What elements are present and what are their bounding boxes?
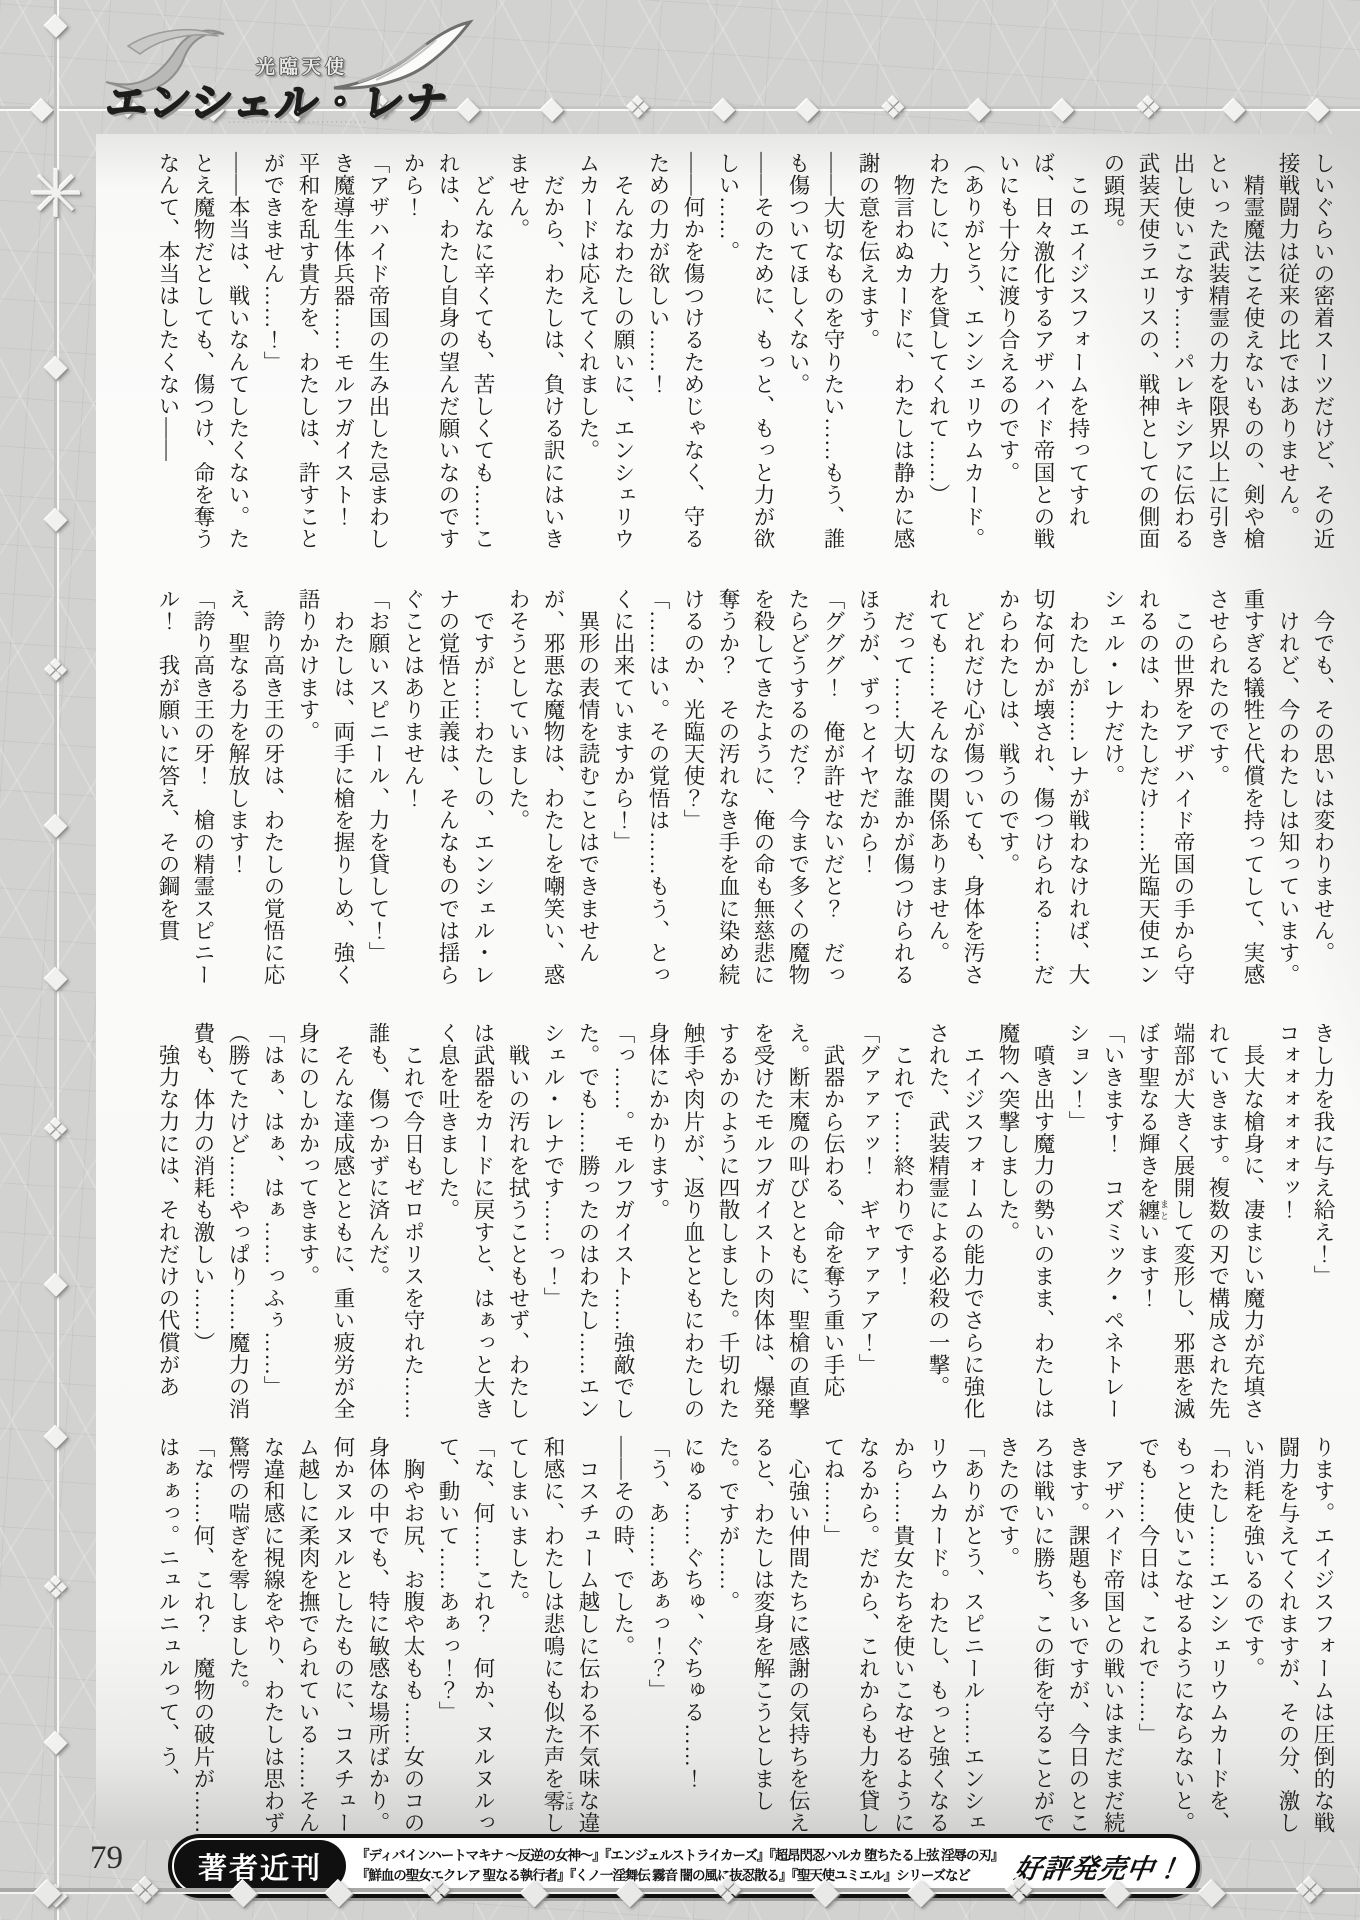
paragraph: ――そのために、もっと、もっと力が欲しい……。 bbox=[710, 152, 780, 550]
paragraph: どんなに辛くても、苦しくても……これは、わたし自身の望んだ願いなのですから！ bbox=[395, 152, 500, 550]
paragraph: 異形の表情を読むことはできませんが、邪悪な魔物は、わたしを嘲笑い、惑わそうとして… bbox=[500, 588, 605, 986]
diamond-ornament-icon: ◆ bbox=[325, 1873, 353, 1909]
diamond-ornament-icon: ❖ bbox=[1003, 1873, 1035, 1909]
paragraph: きし力を我に与え給え！」 bbox=[1305, 1022, 1340, 1420]
diamond-ornament-icon: ❖ bbox=[421, 1873, 453, 1909]
diamond-ornament-icon: ◆ bbox=[1223, 94, 1246, 124]
diamond-ornament-icon: ◆ bbox=[796, 94, 819, 124]
paragraph: この世界をアザハイド帝国の手から守れるのは、わたしだけ……光臨天使エンシェル・レ… bbox=[1095, 588, 1200, 986]
diamond-ornament-icon: ❖ bbox=[43, 1116, 70, 1146]
novel-page: ◆❖◆◆❖◆◆❖◆◆❖◆◆❖◆◆ ◆✳◆◆❖◆◆❖◆◆❖◆◆ 光臨天使 エンシェ… bbox=[0, 0, 1360, 1920]
paragraph: 噴き出す魔力の勢いのまま、わたしは魔物へ突撃しました。 bbox=[990, 1022, 1060, 1420]
paragraph: 「な……何、これ？ 魔物の破片が……はぁぁっ。ニュルニュルって、う、 bbox=[150, 1436, 220, 1834]
text-band-3: きし力を我に与え給え！」コォォォォォォッ！ 長大な槍身に、凄まじい魔力が充填され… bbox=[98, 1022, 1340, 1420]
diamond-ornament-icon: ❖ bbox=[1294, 1873, 1326, 1909]
paragraph: わたしは、両手に槍を握りしめ、強く語りかけます。 bbox=[290, 588, 360, 986]
paragraph: 「誇り高き王の牙！ 槍の精霊スピニール！ 我が願いに答え、その鋼を貫 bbox=[150, 588, 220, 986]
text-band-4: ります。エイジスフォームは圧倒的な戦闘力を与えてくれますが、その分、激しい消耗を… bbox=[98, 1436, 1340, 1834]
paragraph: だから、わたしは、負ける訳にはいきません。 bbox=[500, 152, 570, 550]
paragraph: しいぐらいの密着スーツだけど、その近接戦闘力は従来の比ではありません。 bbox=[1270, 152, 1340, 550]
diamond-ornament-icon: ◆ bbox=[967, 94, 990, 124]
paragraph: 「っ……。モルフガイスト……強敵でした。でも……勝ったのはわたし……エンシェル・… bbox=[535, 1022, 640, 1420]
paragraph: （ありがとう、エンシェリウムカード。わたしに、力を貸してくれて……） bbox=[920, 152, 990, 550]
paragraph: 「わたし……エンシェリウムカードを、もっと使いこなせるようにならないと。でも……… bbox=[1130, 1436, 1235, 1834]
paragraph: 戦いの汚れを拭うこともせず、わたしは武器をカードに戻すと、はぁっと大きく息を吐き… bbox=[430, 1022, 535, 1420]
paragraph: 今でも、その思いは変わりません。 bbox=[1305, 588, 1340, 986]
diamond-ornament-icon: ◆ bbox=[521, 1873, 549, 1909]
paragraph: 「お願いスピニール、力を貸して！」 bbox=[360, 588, 395, 986]
paragraph: けれど、今のわたしは知っています。重すぎる犠牲と代償を持ってして、実感させられた… bbox=[1200, 588, 1305, 986]
paragraph: そんなわたしの願いに、エンシェリウムカードは応えてくれました。 bbox=[570, 152, 640, 550]
diamond-ornament-icon: ❖ bbox=[625, 94, 652, 124]
paragraph: アザハイド帝国との戦いはまだまだ続きます。課題も多いですが、今日のところは戦いに… bbox=[990, 1436, 1130, 1834]
diamond-ornament-icon: ◆ bbox=[44, 10, 67, 40]
diamond-ornament-icon: ❖ bbox=[880, 94, 907, 124]
paragraph: （勝てたけど……やっぱり……魔力の消費も、体力の消耗も激しい……） bbox=[185, 1022, 255, 1420]
diamond-ornament-icon: ◆ bbox=[44, 1269, 67, 1299]
diamond-ornament-icon: ◆ bbox=[1198, 1873, 1226, 1909]
paragraph: ――本当は、戦いなんてしたくない。たとえ魔物だとしても、傷つけ、命を奪うなんて、… bbox=[150, 152, 255, 550]
paragraph: これで……終わりです！ bbox=[885, 1022, 920, 1420]
paragraph: エイジスフォームの能力でさらに強化された、武装精霊による必殺の一撃。 bbox=[920, 1022, 990, 1420]
ornament-border-bottom: ◆❖◆◆❖◆◆❖◆◆❖◆◆❖ bbox=[0, 1862, 1360, 1920]
paragraph: 「グググ！ 俺が許せないだと？ だったらどうするのだ？ 今まで多くの魔物を殺して… bbox=[675, 588, 850, 986]
diamond-ornament-icon: ◆ bbox=[712, 94, 735, 124]
paragraph: ですが……わたしの、エンシェル・レナの覚悟と正義は、そんなものでは揺らぐことはあ… bbox=[395, 588, 500, 986]
paragraph: 誇り高き王の牙は、わたしの覚悟に応え、聖なる力を解放します！ bbox=[220, 588, 290, 986]
diamond-ornament-icon: ◆ bbox=[230, 1873, 258, 1909]
paragraph: 精霊魔法こそ使えないものの、剣や槍といった武装精霊の力を限界以上に引き出し使いこ… bbox=[1095, 152, 1270, 550]
paragraph: 物言わぬカードに、わたしは静かに感謝の意を伝えます。 bbox=[850, 152, 920, 550]
diamond-ornament-icon: ◆ bbox=[44, 352, 67, 382]
text-band-1: しいぐらいの密着スーツだけど、その近接戦闘力は従来の比ではありません。 精霊魔法… bbox=[98, 152, 1340, 550]
diamond-ornament-icon: ◆ bbox=[907, 1873, 935, 1909]
paragraph: 長大な槍身に、凄まじい魔力が充填されていきます。複数の刃で構成された先端部が大き… bbox=[1130, 1022, 1270, 1420]
diamond-ornament-icon: ◆ bbox=[1103, 1873, 1131, 1909]
diamond-ornament-icon: ◆ bbox=[1306, 94, 1329, 124]
diamond-ornament-icon: ◆ bbox=[44, 1421, 67, 1451]
diamond-ornament-icon: ❖ bbox=[712, 1873, 744, 1909]
diamond-ornament-icon: ❖ bbox=[43, 1574, 70, 1604]
paragraph: 「う、あ……あぁっ！？」 bbox=[640, 1436, 675, 1834]
paragraph: にゅる……ぐちゅ、ぐちゅる……！ bbox=[675, 1436, 710, 1834]
diamond-ornament-icon: ◆ bbox=[44, 1727, 67, 1757]
diamond-ornament-icon: ❖ bbox=[129, 1873, 161, 1909]
paragraph: ――大切なものを守りたい……もう、誰も傷ついてほしくない。 bbox=[780, 152, 850, 550]
series-logo: 光臨天使 エンシェル・レナ ··························… bbox=[98, 18, 488, 122]
paragraph: ります。エイジスフォームは圧倒的な戦闘力を与えてくれますが、その分、激しい消耗を… bbox=[1235, 1436, 1340, 1834]
diamond-ornament-icon: ◆ bbox=[616, 1873, 644, 1909]
paragraph: コスチューム越しに伝わる不気味な違和感に、わたしは悲鳴にも似た声を零こぼしてしま… bbox=[500, 1436, 605, 1834]
ornament-border-left: ◆✳◆◆❖◆◆❖◆◆❖◆◆ bbox=[16, 0, 96, 1920]
paragraph: 「ありがとう、スピニール……エンシェリウムカード。わたし、もっと強くなるから……… bbox=[815, 1436, 990, 1834]
text-band-2: 今でも、その思いは変わりません。 けれど、今のわたしは知っています。重すぎる犠牲… bbox=[98, 588, 1340, 986]
paragraph: 「いきます！ コズミック・ペネトレーション！」 bbox=[1060, 1022, 1130, 1420]
diamond-ornament-icon: ◆ bbox=[44, 810, 67, 840]
paragraph: コォォォォォォッ！ bbox=[1270, 1022, 1305, 1420]
diamond-ornament-icon: ❖ bbox=[43, 657, 70, 687]
paragraph: そんな達成感とともに、重い疲労が全身にのしかかってきます。 bbox=[290, 1022, 360, 1420]
paragraph: わたしが……レナが戦わなければ、大切な何かが壊され、傷つけられる……だからわたし… bbox=[990, 588, 1095, 986]
paragraph: 武器から伝わる、命を奪う重い手応え。断末魔の叫びとともに、聖槍の直撃を受けたモル… bbox=[640, 1022, 850, 1420]
diamond-ornament-icon: ❖ bbox=[1135, 94, 1162, 124]
paragraph: 「はぁ、はぁ、はぁ……っふぅ……」 bbox=[255, 1022, 290, 1420]
paragraph: これで今日もゼロポリスを守れた……誰も、傷つかずに済んだ。 bbox=[360, 1022, 430, 1420]
paragraph: 「アザハイド帝国の生み出した忌まわしき魔導生体兵器……モルフガイスト！ 平和を乱… bbox=[255, 152, 395, 550]
paragraph: ――何かを傷つけるためじゃなく、守るための力が欲しい……！ bbox=[640, 152, 710, 550]
paragraph: 「な、何……これ？ 何か、ヌルヌルって、動いて……あぁっ！？」 bbox=[430, 1436, 500, 1834]
paragraph: 「……はい。その覚悟は……もう、とっくに出来ていますから！」 bbox=[605, 588, 675, 986]
paragraph: このエイジスフォームを持ってすれば、日々激化するアザハイド帝国との戦いにも十分に… bbox=[990, 152, 1095, 550]
paragraph: だって……大切な誰かが傷つけられるほうが、ずっとイヤだから！ bbox=[850, 588, 920, 986]
logo-tagline: ······························ bbox=[158, 118, 438, 127]
diamond-ornament-icon: ◆ bbox=[541, 94, 564, 124]
diamond-ornament-icon: ◆ bbox=[34, 1873, 62, 1909]
paragraph: 強力な力には、それだけの代償があ bbox=[150, 1022, 185, 1420]
diamond-ornament-icon: ◆ bbox=[44, 963, 67, 993]
paragraph: 心強い仲間たちに感謝の気持ちを伝えると、わたしは変身を解こうとしました。ですが…… bbox=[710, 1436, 815, 1834]
paragraph: 胸やお尻、お腹や太もも……女のコの身体の中でも、特に敏感な場所ばかり。何かヌルヌ… bbox=[220, 1436, 430, 1834]
paragraph: ――その時、でした。 bbox=[605, 1436, 640, 1834]
paragraph: どれだけ心が傷ついても、身体を汚されても……そんなの関係ありません。 bbox=[920, 588, 990, 986]
diamond-ornament-icon: ◆ bbox=[44, 504, 67, 534]
medallion-ornament-icon: ✳ bbox=[28, 163, 83, 229]
paragraph: 「グァァァッ！ ギャァァァア！」 bbox=[850, 1022, 885, 1420]
diamond-ornament-icon: ◆ bbox=[1051, 94, 1074, 124]
diamond-ornament-icon: ◆ bbox=[812, 1873, 840, 1909]
